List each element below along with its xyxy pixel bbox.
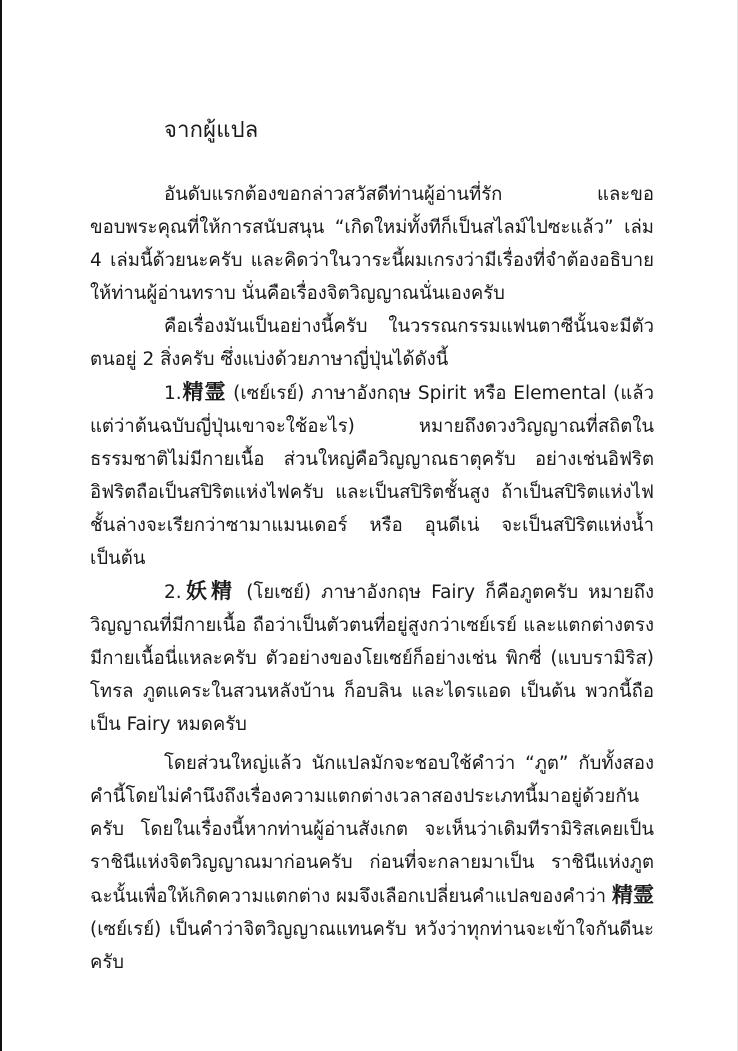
kanji-term: 精霊 bbox=[182, 380, 227, 404]
paragraph-term-seirei: 1.精霊 (เซย์เรย์) ภาษาอังกฤษ Spirit หรือ E… bbox=[90, 376, 654, 575]
list-number: 2. bbox=[164, 582, 182, 603]
list-number: 1. bbox=[164, 383, 182, 404]
note-text-before: โดยส่วนใหญ่แล้ว นักแปลมักจะชอบใช้คำว่า “… bbox=[90, 753, 654, 907]
paragraph-translation-note: โดยส่วนใหญ่แล้ว นักแปลมักจะชอบใช้คำว่า “… bbox=[90, 747, 654, 979]
book-page: จากผู้แปล อันดับแรกต้องขอกล่าวสวัสดีท่าน… bbox=[0, 0, 738, 1051]
term-explanation: (โยเซย์) ภาษาอังกฤษ Fairy ก็คือภูตครับ ห… bbox=[90, 582, 654, 735]
paragraph-term-yousei: 2.妖精 (โยเซย์) ภาษาอังกฤษ Fairy ก็คือภูตค… bbox=[90, 575, 654, 741]
page-heading: จากผู้แปล bbox=[164, 112, 258, 147]
note-text-after: (เซย์เรย์) เป็นคำว่าจิตวิญญาณแทนครับ หวั… bbox=[90, 919, 654, 973]
kanji-term: 妖精 bbox=[182, 579, 237, 603]
kanji-term: 精霊 bbox=[612, 883, 654, 907]
term-explanation: (เซย์เรย์) ภาษาอังกฤษ Spirit หรือ Elemen… bbox=[90, 383, 654, 569]
paragraph-greeting: อันดับแรกต้องขอกล่าวสวัสดีท่านผู้อ่านที่… bbox=[90, 178, 654, 310]
paragraph-intro-terms: คือเรื่องมันเป็นอย่างนี้ครับ ในวรรณกรรมแ… bbox=[90, 310, 654, 376]
page-body: อันดับแรกต้องขอกล่าวสวัสดีท่านผู้อ่านที่… bbox=[90, 178, 654, 979]
